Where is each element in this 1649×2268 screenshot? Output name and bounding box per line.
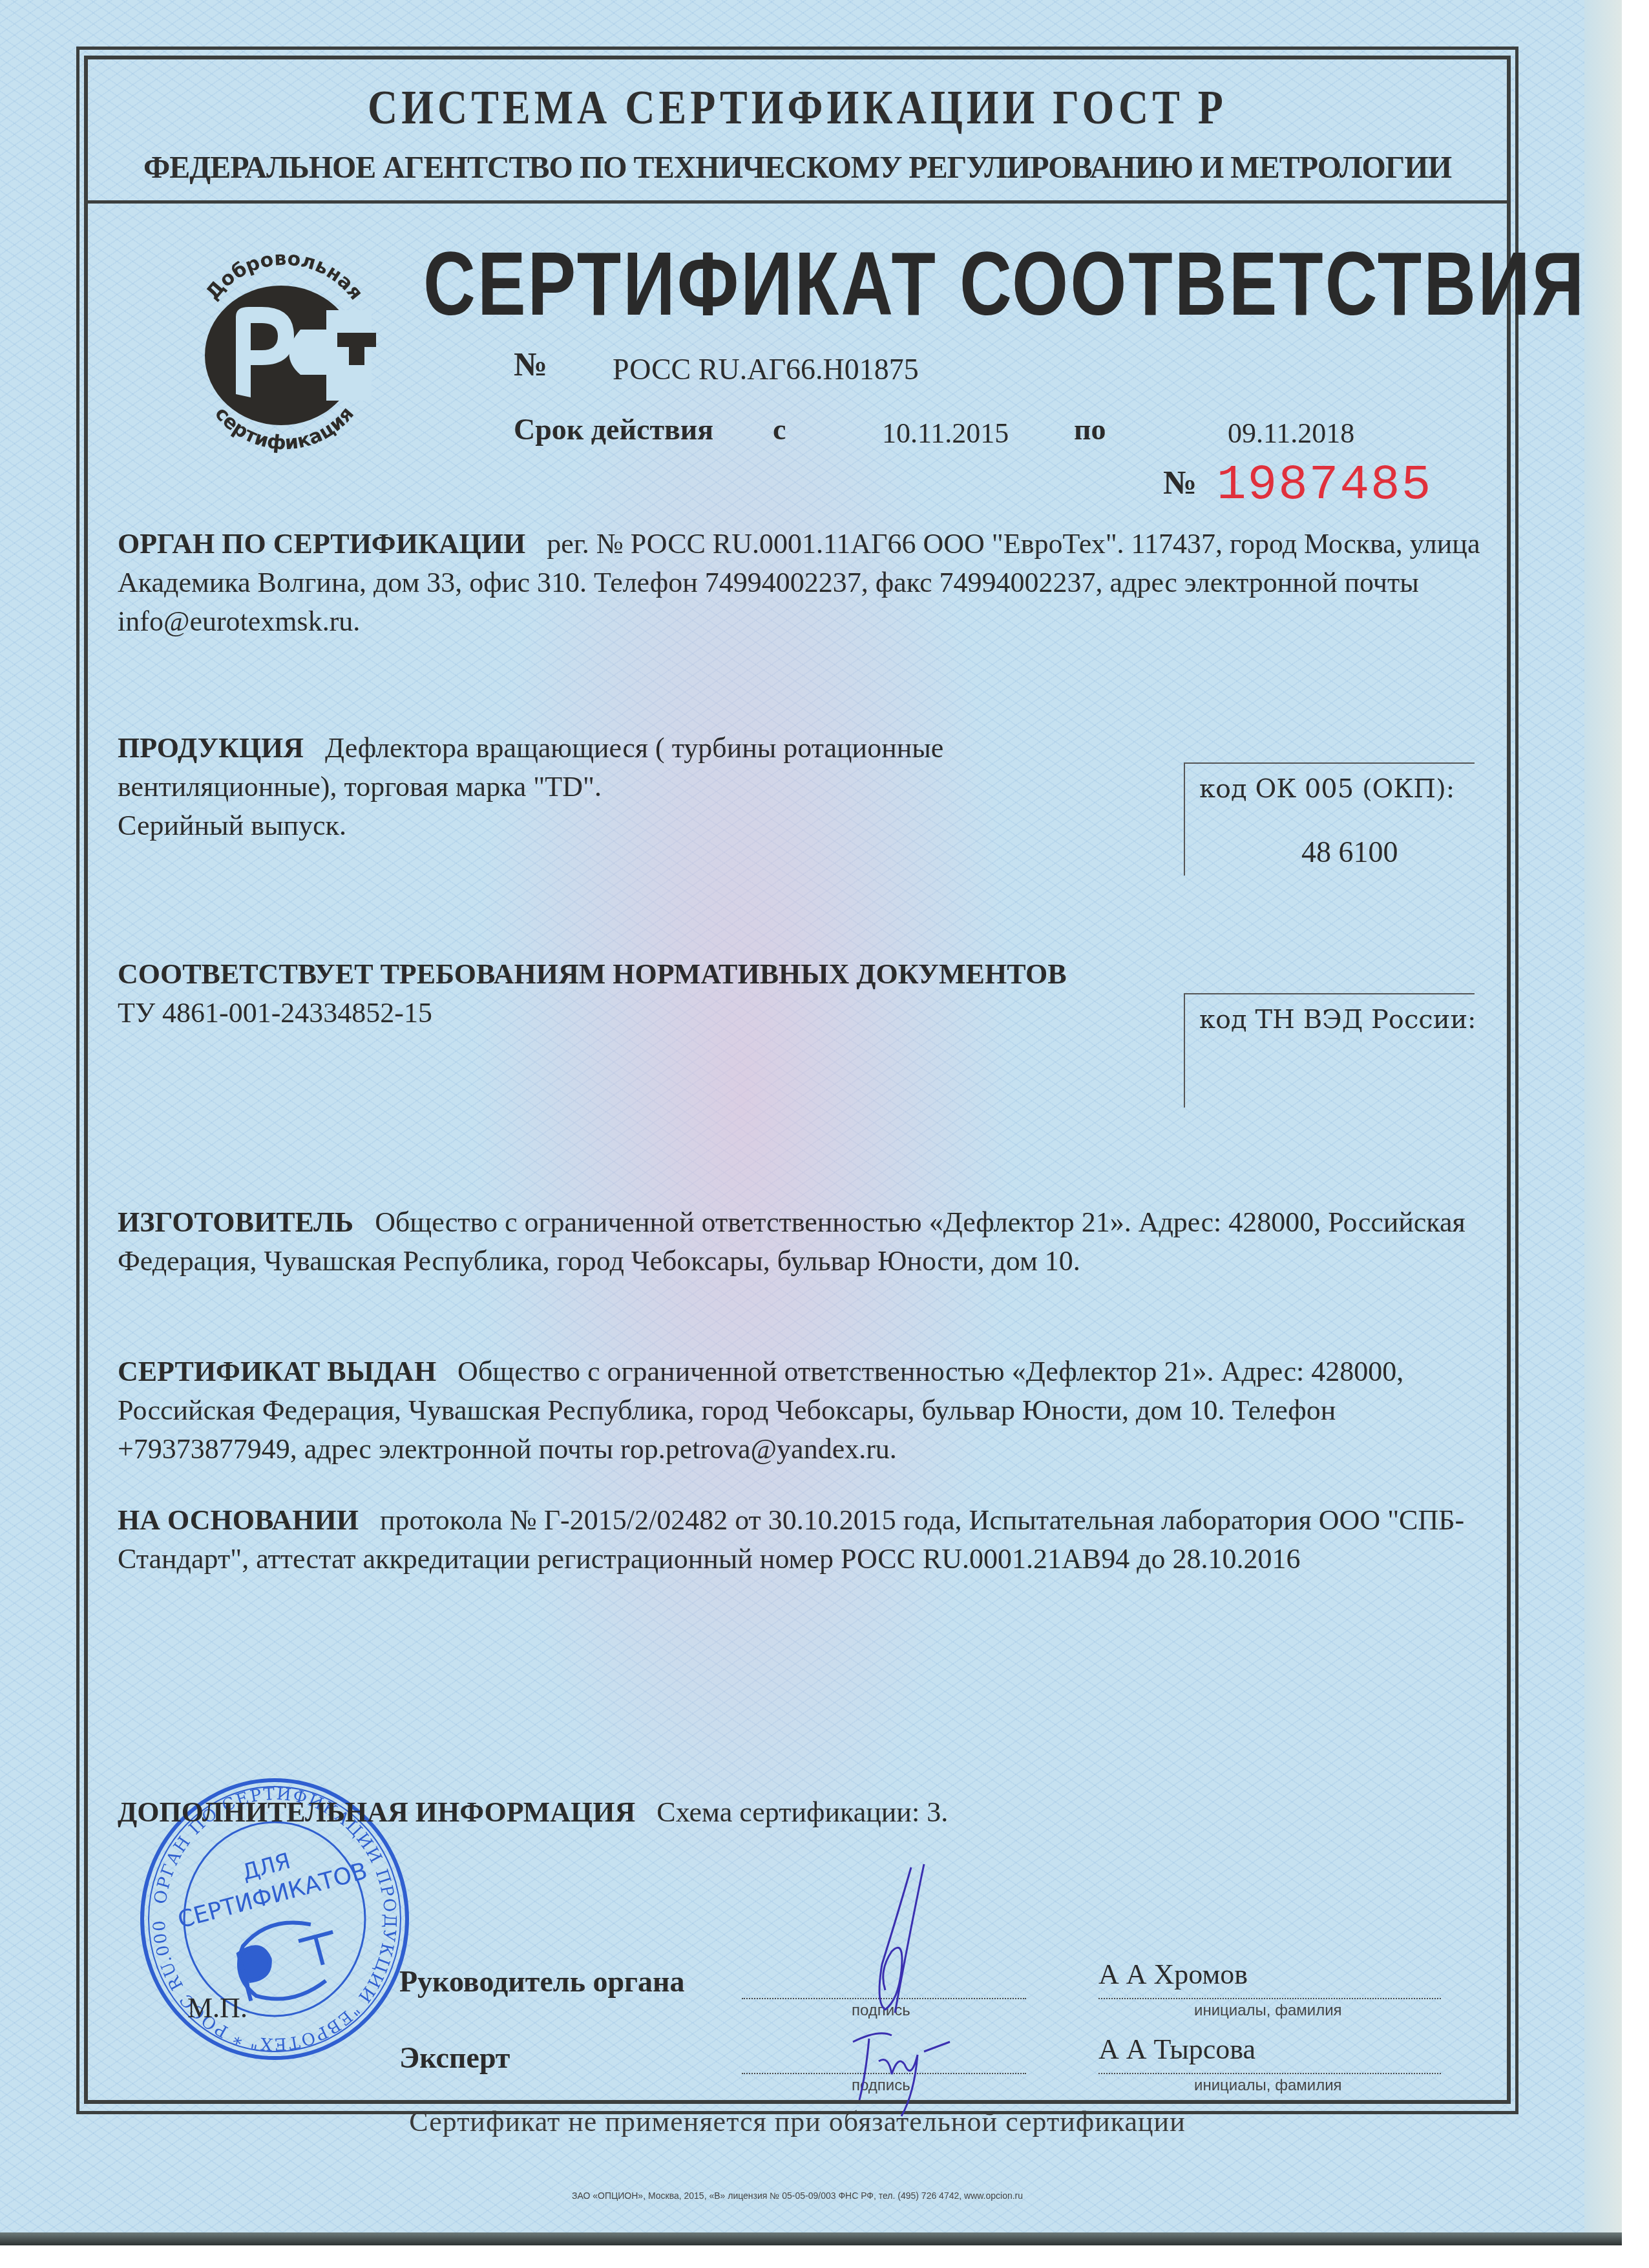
section-label: НА ОСНОВАНИИ — [118, 1504, 359, 1536]
seal-place-label: М.П. — [187, 1991, 247, 2024]
scan-edge-right — [1584, 0, 1622, 2245]
product-text-line-1: Дефлектора вращающиеся ( турбины ротацио… — [325, 732, 943, 764]
validity-label: Срок действия — [514, 412, 713, 446]
section-basis: НА ОСНОВАНИИ протокола № Г-2015/2/02482 … — [118, 1501, 1487, 1579]
usage-disclaimer: Сертификат не применяется при обязательн… — [84, 2105, 1511, 2138]
blank-number-sign: № — [1163, 464, 1197, 502]
rst-logo-icon: Добровольная сертификация — [174, 239, 394, 459]
scan-edge-bottom — [0, 2232, 1622, 2245]
section-label: ОРГАН ПО СЕРТИФИКАЦИИ — [118, 528, 525, 560]
validity-from-word: с — [773, 412, 786, 446]
valid-to-date: 09.11.2018 — [1228, 417, 1354, 450]
expert-signature-icon — [840, 2016, 969, 2119]
section-label: ПРОДУКЦИЯ — [118, 732, 304, 764]
head-name: А А Хромов — [1098, 1958, 1248, 1991]
certificate-title: СЕРТИФИКАТ СООТВЕТСТВИЯ — [423, 231, 1586, 335]
section-label: ИЗГОТОВИТЕЛЬ — [118, 1206, 353, 1238]
number-sign: № — [514, 346, 547, 384]
section-label: СООТВЕТСТВУЕТ ТРЕБОВАНИЯМ НОРМАТИВНЫХ ДО… — [118, 955, 1473, 994]
expert-role-label: Эксперт — [399, 2041, 510, 2075]
head-signature-icon — [834, 1861, 963, 2029]
section-issued-to: СЕРТИФИКАТ ВЫДАН Общество с ограниченной… — [118, 1352, 1487, 1469]
tnved-code-label: код ТН ВЭД России: — [1199, 1005, 1476, 1034]
head-name-line — [1098, 1998, 1441, 1999]
tnved-code-box: код ТН ВЭД России: — [1184, 993, 1475, 1108]
product-text-line-2: вентиляционные), торговая марка "TD". — [118, 768, 1151, 806]
section-text: Схема сертификации: 3. — [656, 1796, 948, 1828]
section-certification-body: ОРГАН ПО СЕРТИФИКАЦИИ рег. № РОСС RU.000… — [118, 525, 1487, 641]
expert-name: А А Тырсова — [1098, 2033, 1255, 2066]
registration-number: РОСС RU.АГ66.Н01875 — [613, 352, 919, 386]
okp-code-value: 48 6100 — [1301, 835, 1398, 869]
header-divider — [84, 200, 1511, 204]
section-label: СЕРТИФИКАТ ВЫДАН — [118, 1356, 436, 1387]
section-label: ДОПОЛНИТЕЛЬНАЯ ИНФОРМАЦИЯ — [118, 1796, 635, 1828]
printer-imprint: ЗАО «ОПЦИОН», Москва, 2015, «В» лицензия… — [84, 2190, 1511, 2201]
head-name-caption: инициалы, фамилия — [1194, 2002, 1342, 2020]
okp-code-box: код ОК 005 (ОКП): 48 6100 — [1184, 762, 1475, 876]
blank-serial-number: 1987485 — [1217, 457, 1432, 513]
okp-code-label: код ОК 005 (ОКП): — [1199, 774, 1455, 804]
section-additional-info: ДОПОЛНИТЕЛЬНАЯ ИНФОРМАЦИЯ Схема сертифик… — [118, 1793, 1487, 1832]
section-manufacturer: ИЗГОТОВИТЕЛЬ Общество с ограниченной отв… — [118, 1203, 1487, 1281]
section-product: ПРОДУКЦИЯ Дефлектора вращающиеся ( турби… — [118, 729, 1151, 845]
valid-from-date: 10.11.2015 — [882, 417, 1009, 450]
product-text-line-3: Серийный выпуск. — [118, 806, 1151, 845]
system-title: СИСТЕМА СЕРТИФИКАЦИИ ГОСТ Р — [84, 80, 1511, 135]
validity-to-word: по — [1074, 412, 1106, 446]
head-role-label: Руководитель органа — [399, 1964, 684, 1999]
expert-name-caption: инициалы, фамилия — [1194, 2077, 1342, 2095]
agency-title: ФЕДЕРАЛЬНОЕ АГЕНТСТВО ПО ТЕХНИЧЕСКОМУ РЕ… — [84, 150, 1511, 185]
expert-name-line — [1098, 2073, 1441, 2074]
